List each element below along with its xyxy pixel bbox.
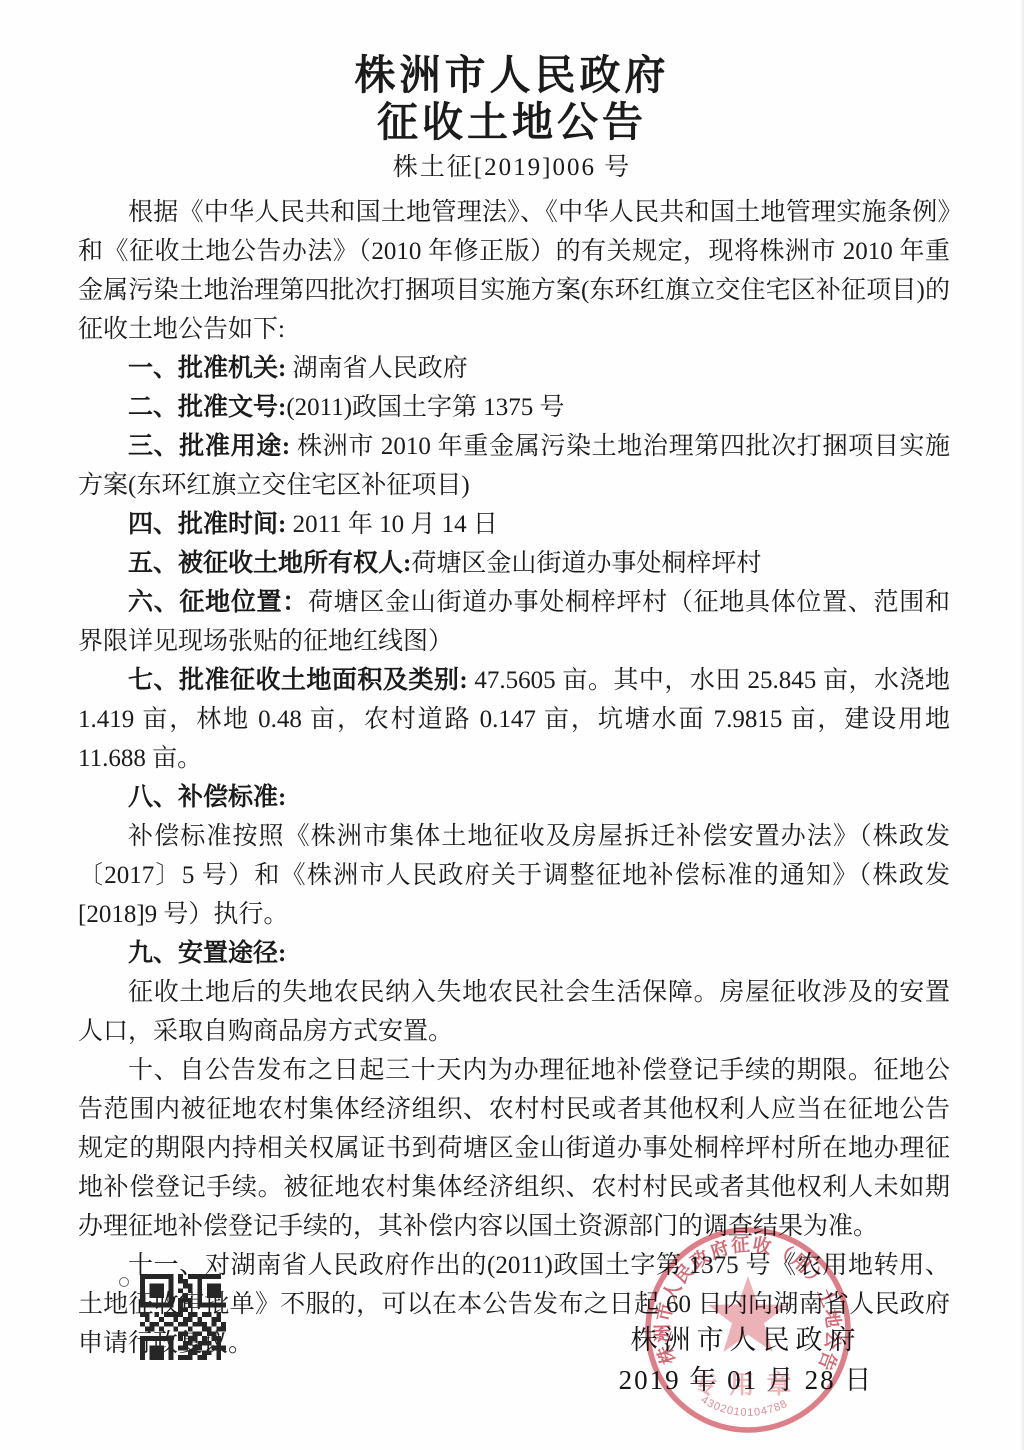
document-body: 根据《中华人民共和国土地管理法》、《中华人民共和国土地管理实施条例》和《征收土地…: [78, 193, 950, 1363]
item-approval-date: 四、批准时间: 2011 年 10 月 14 日: [78, 505, 950, 544]
item-resettlement-heading: 九、安置途径:: [78, 934, 950, 973]
compensation-standard-paragraph: 补偿标准按照《株洲市集体土地征收及房屋拆迁补偿安置办法》（株政发〔2017〕5 …: [78, 817, 950, 934]
item-land-location: 六、征地位置：荷塘区金山街道办事处桐梓坪村（征地具体位置、范围和界限详见现场张贴…: [78, 583, 950, 661]
document-header: 株洲市人民政府 征收土地公告 株土征[2019]006 号: [0, 52, 1024, 183]
item-land-area: 七、批准征收土地面积及类别: 47.5605 亩。其中，水田 25.845 亩，…: [78, 661, 950, 778]
item-land-owner: 五、被征收土地所有权人:荷塘区金山街道办事处桐梓坪村: [78, 544, 950, 583]
signature-block: 株洲市人民政府 2019 年 01 月 28 日: [612, 1320, 880, 1400]
registration-deadline-paragraph: 十、自公告发布之日起三十天内为办理征地补偿登记手续的期限。征地公告范围内被征地农…: [78, 1051, 950, 1246]
document-number: 株土征[2019]006 号: [0, 153, 1024, 183]
document-page: 株洲市人民政府 征收土地公告 株土征[2019]006 号 根据《中华人民共和国…: [0, 0, 1024, 1450]
item-approval-authority: 一、批准机关: 湖南省人民政府: [78, 349, 950, 388]
intro-paragraph: 根据《中华人民共和国土地管理法》、《中华人民共和国土地管理实施条例》和《征收土地…: [78, 193, 950, 349]
signature-issuer: 株洲市人民政府: [612, 1320, 880, 1360]
qr-code: [140, 1274, 226, 1360]
item-compensation-standard-heading: 八、补偿标准:: [78, 778, 950, 817]
document-title-line2: 征收土地公告: [0, 99, 1024, 146]
item-approval-number: 二、批准文号:(2011)政国土字第 1375 号: [78, 388, 950, 427]
signature-date: 2019 年 01 月 28 日: [612, 1360, 880, 1400]
item-approved-use: 三、批准用途: 株洲市 2010 年重金属污染土地治理第四批次打捆项目实施方案(…: [78, 427, 950, 505]
document-title-line1: 株洲市人民政府: [0, 52, 1024, 99]
scan-dot-mark: [119, 1277, 129, 1287]
resettlement-paragraph: 征收土地后的失地农民纳入失地农民社会生活保障。房屋征收涉及的安置人口，采取自购商…: [78, 973, 950, 1051]
